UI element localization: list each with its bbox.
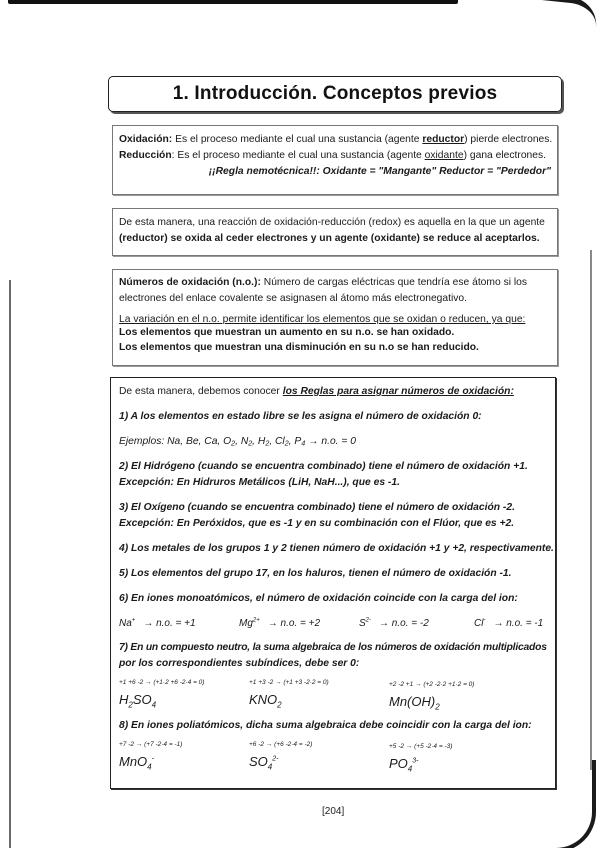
rule-3-exception: Excepción: En Peróxidos, que es -1 y en …: [119, 516, 547, 532]
rule-7-line-2: por los correspondientes subíndices, deb…: [119, 656, 547, 672]
ion-formula: MnO4-: [119, 752, 182, 774]
rule-1: 1) A los elementos en estado libre se le…: [119, 409, 547, 425]
rule-7-examples: +1 +6 -2 → (+1·2 +6 -2·4 = 0) H2SO4 +1 +…: [119, 678, 547, 714]
ion-example: Na+ → n.o. = +1: [119, 616, 239, 632]
oxidation-text-end: ) pierde electrones.: [464, 134, 552, 145]
oxidation-number-definition: Números de oxidación (n.o.): Número de c…: [119, 275, 551, 291]
increase-text: Los elementos que muestran un aumento en…: [119, 326, 551, 341]
mnemonic-rule: ¡¡Regla nemotécnica!!: Oxidante = "Manga…: [119, 164, 551, 180]
rule-6: 6) En iones monoatómicos, el número de o…: [119, 591, 547, 607]
polyatomic-ion-example: +5 -2 → (+5 -2·4 = -3) PO43-: [389, 742, 452, 776]
compound-calc: +2 -2 +1 → (+2 -2·2 +1·2 = 0): [389, 680, 474, 690]
rules-intro-text: De esta manera, debemos conocer: [119, 386, 283, 397]
polyatomic-ion-example: +7 -2 → (+7 -2·4 = -1) MnO4-: [119, 740, 182, 774]
reduction-text-end: ) gana electrones.: [464, 150, 546, 161]
scan-edge-right: [590, 250, 592, 770]
rule-4: 4) Los metales de los grupos 1 y 2 tiene…: [119, 541, 547, 557]
ion-calc: +5 -2 → (+5 -2·4 = -3): [389, 742, 452, 752]
rule-6-ions: Na+ → n.o. = +1 Mg2+ → n.o. = +2 S2- → n…: [119, 616, 547, 632]
compound-calc: +1 +6 -2 → (+1·2 +6 -2·4 = 0): [119, 678, 204, 688]
oxidation-text: Es el proceso mediante el cual una susta…: [172, 134, 422, 145]
polyatomic-ion-example: +6 -2 → (+6 -2·4 = -2) SO42-: [249, 740, 312, 774]
ion-charge: +: [132, 617, 136, 623]
ion-result: → n.o. = -2: [379, 616, 429, 632]
ion-symbol: S: [359, 618, 366, 629]
rule-5: 5) Los elementos del grupo 17, en los ha…: [119, 566, 547, 582]
rules-intro: De esta manera, debemos conocer los Regl…: [119, 384, 547, 400]
ion-result: → n.o. = +1: [143, 616, 195, 632]
title-box: 1. Introducción. Conceptos previos: [108, 76, 562, 112]
compound-calc: +1 +3 -2 → (+1 +3 -2·2 = 0): [249, 678, 329, 688]
rule-7-line-1: 7) En un compuesto neutro, la suma algeb…: [119, 640, 547, 656]
ion-charge: 2-: [366, 617, 371, 623]
oxidation-agent: reductor: [422, 134, 464, 145]
rule-2: 2) El Hidrógeno (cuando se encuentra com…: [119, 459, 547, 475]
oxidation-label: Oxidación:: [119, 134, 172, 145]
definitions-box: Oxidación: Es el proceso mediante el cua…: [112, 125, 558, 195]
compound-example: +1 +6 -2 → (+1·2 +6 -2·4 = 0) H2SO4: [119, 678, 204, 712]
page-number: [204]: [322, 806, 344, 817]
ion-result: → n.o. = -1: [493, 616, 543, 632]
rule-8: 8) En iones poliatómicos, dicha suma alg…: [119, 718, 547, 734]
reduction-label: Reducción: [119, 150, 172, 161]
page-title: 1. Introducción. Conceptos previos: [173, 83, 498, 105]
compound-formula: KNO2: [249, 690, 329, 712]
oxidation-number-definition-2: electrones del enlace covalente se asign…: [119, 291, 551, 307]
compound-example: +1 +3 -2 → (+1 +3 -2·2 = 0) KNO2: [249, 678, 329, 712]
compound-formula: Mn(OH)2: [389, 692, 474, 714]
ion-example: Mg2+ → n.o. = +2: [239, 616, 359, 632]
decrease-text: Los elementos que muestran una disminuci…: [119, 341, 551, 356]
oxidation-numbers-box: Números de oxidación (n.o.): Número de c…: [112, 269, 558, 366]
compound-formula: H2SO4: [119, 690, 204, 712]
ion-symbol: Na: [119, 618, 132, 629]
oxidation-number-label: Números de oxidación (n.o.):: [119, 277, 261, 288]
scan-edge-left: [9, 280, 11, 848]
oxidation-number-text: Número de cargas eléctricas que tendría …: [261, 277, 527, 288]
variation-text: La variación en el n.o. permite identifi…: [119, 313, 551, 326]
redox-line-2: (reductor) se oxida al ceder electrones …: [119, 231, 551, 247]
rule-3: 3) El Oxígeno (cuando se encuentra combi…: [119, 500, 547, 516]
ion-charge: -: [483, 617, 485, 623]
rule-8-examples: +7 -2 → (+7 -2·4 = -1) MnO4- +6 -2 → (+6…: [119, 740, 547, 776]
rules-box: De esta manera, debemos conocer los Regl…: [110, 377, 556, 789]
ion-formula: SO42-: [249, 752, 312, 774]
ion-formula: PO43-: [389, 754, 452, 776]
rule-1-examples: Ejemplos: Na, Be, Ca, O₂, N₂, H₂, Cl₂, P…: [119, 434, 547, 450]
redox-line-1: De esta manera, una reacción de oxidació…: [119, 215, 551, 231]
ion-example: S2- → n.o. = -2: [359, 616, 474, 632]
scan-edge-top: [8, 0, 458, 4]
scan-edge-top-right-curl: [447, 0, 599, 28]
oxidation-definition: Oxidación: Es el proceso mediante el cua…: [119, 132, 551, 148]
reduction-definition: Reducción: Es el proceso mediante el cua…: [119, 148, 551, 164]
reduction-text: : Es el proceso mediante el cual una sus…: [172, 150, 425, 161]
ion-symbol: Mg: [239, 618, 253, 629]
rule-2-exception: Excepción: En Hidruros Metálicos (LiH, N…: [119, 475, 547, 491]
ion-calc: +6 -2 → (+6 -2·4 = -2): [249, 740, 312, 750]
reduction-agent: oxidante: [425, 150, 464, 161]
rules-intro-heading: los Reglas para asignar números de oxida…: [283, 386, 514, 397]
ion-result: → n.o. = +2: [268, 616, 320, 632]
ion-calc: +7 -2 → (+7 -2·4 = -1): [119, 740, 182, 750]
ion-charge: 2+: [253, 617, 260, 623]
redox-box: De esta manera, una reacción de oxidació…: [112, 208, 558, 256]
compound-example: +2 -2 +1 → (+2 -2·2 +1·2 = 0) Mn(OH)2: [389, 680, 474, 714]
ion-example: Cl- → n.o. = -1: [474, 616, 543, 632]
